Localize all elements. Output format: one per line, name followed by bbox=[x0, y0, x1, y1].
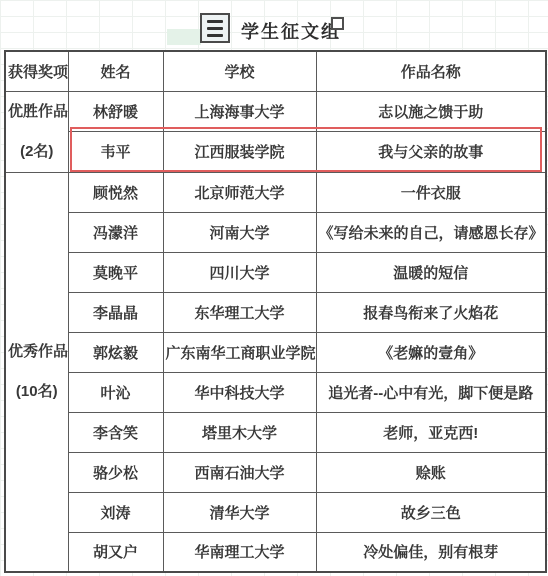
winner-name-cell: 李含笑 bbox=[68, 412, 163, 452]
work-title-cell: 追光者--心中有光，脚下便是路 bbox=[316, 372, 546, 412]
winner-name-cell: 李晶晶 bbox=[68, 292, 163, 332]
column-header: 姓名 bbox=[68, 51, 163, 91]
work-title-cell: 赊账 bbox=[316, 452, 546, 492]
column-header: 获得奖项 bbox=[5, 51, 68, 91]
winner-name-cell: 胡又户 bbox=[68, 532, 163, 572]
column-header: 作品名称 bbox=[316, 51, 546, 91]
award-name: 优胜作品 bbox=[8, 92, 66, 132]
work-title-cell: 我与父亲的故事 bbox=[316, 132, 546, 173]
award-count: (10名) bbox=[8, 372, 66, 412]
work-title-cell: 《写给未来的自己，请感恩长存》 bbox=[316, 212, 546, 252]
awards-table: 获得奖项姓名学校作品名称 优胜作品(2名)林舒暖上海海事大学志以施之馈于助韦平江… bbox=[4, 50, 547, 573]
work-title-cell: 报春鸟衔来了火焰花 bbox=[316, 292, 546, 332]
table-row: 优秀作品(10名)顾悦然北京师范大学一件衣服 bbox=[5, 172, 546, 212]
school-cell: 上海海事大学 bbox=[163, 91, 316, 132]
table-row: 骆少松西南石油大学赊账 bbox=[5, 452, 546, 492]
work-title-cell: 故乡三色 bbox=[316, 492, 546, 532]
table-row: 李晶晶东华理工大学报春鸟衔来了火焰花 bbox=[5, 292, 546, 332]
winner-name-cell: 叶沁 bbox=[68, 372, 163, 412]
work-title-cell: 一件衣服 bbox=[316, 172, 546, 212]
winner-name-cell: 莫晚平 bbox=[68, 252, 163, 292]
award-name: 优秀作品 bbox=[8, 332, 66, 372]
work-title-cell: 温暖的短信 bbox=[316, 252, 546, 292]
school-cell: 塔里木大学 bbox=[163, 412, 316, 452]
school-cell: 华中科技大学 bbox=[163, 372, 316, 412]
school-cell: 广东南华工商职业学院 bbox=[163, 332, 316, 372]
table-row: 韦平江西服装学院我与父亲的故事 bbox=[5, 132, 546, 173]
page-title: 学生征文组 bbox=[241, 18, 341, 44]
work-title-cell: 《老嫲的壹角》 bbox=[316, 332, 546, 372]
award-count: (2名) bbox=[8, 132, 66, 172]
school-cell: 江西服装学院 bbox=[163, 132, 316, 173]
work-title-cell: 志以施之馈于助 bbox=[316, 91, 546, 132]
school-cell: 西南石油大学 bbox=[163, 452, 316, 492]
work-title-cell: 冷处偏佳，别有根芽 bbox=[316, 532, 546, 572]
hamburger-list-icon[interactable] bbox=[200, 13, 230, 43]
school-cell: 东华理工大学 bbox=[163, 292, 316, 332]
work-title-cell: 老师，亚克西! bbox=[316, 412, 546, 452]
column-header: 学校 bbox=[163, 51, 316, 91]
award-group-cell: 优秀作品(10名) bbox=[5, 172, 68, 572]
school-cell: 四川大学 bbox=[163, 252, 316, 292]
table-row: 胡又户华南理工大学冷处偏佳，别有根芽 bbox=[5, 532, 546, 572]
table-row: 优胜作品(2名)林舒暖上海海事大学志以施之馈于助 bbox=[5, 91, 546, 132]
title-bar: 学生征文组 bbox=[0, 0, 548, 48]
school-cell: 华南理工大学 bbox=[163, 532, 316, 572]
table-row: 莫晚平四川大学温暖的短信 bbox=[5, 252, 546, 292]
winner-name-cell: 郭炫毅 bbox=[68, 332, 163, 372]
table-row: 郭炫毅广东南华工商职业学院《老嫲的壹角》 bbox=[5, 332, 546, 372]
table-row: 冯濛洋河南大学《写给未来的自己，请感恩长存》 bbox=[5, 212, 546, 252]
header-row: 获得奖项姓名学校作品名称 bbox=[5, 51, 546, 91]
empty-square-marker bbox=[331, 17, 344, 30]
table-header: 获得奖项姓名学校作品名称 bbox=[5, 51, 546, 91]
winner-name-cell: 韦平 bbox=[68, 132, 163, 173]
table-row: 叶沁华中科技大学追光者--心中有光，脚下便是路 bbox=[5, 372, 546, 412]
award-group-cell: 优胜作品(2名) bbox=[5, 91, 68, 172]
school-cell: 清华大学 bbox=[163, 492, 316, 532]
winner-name-cell: 顾悦然 bbox=[68, 172, 163, 212]
table-row: 李含笑塔里木大学老师，亚克西! bbox=[5, 412, 546, 452]
winner-name-cell: 冯濛洋 bbox=[68, 212, 163, 252]
winner-name-cell: 骆少松 bbox=[68, 452, 163, 492]
school-cell: 河南大学 bbox=[163, 212, 316, 252]
school-cell: 北京师范大学 bbox=[163, 172, 316, 212]
table-row: 刘涛清华大学故乡三色 bbox=[5, 492, 546, 532]
winner-name-cell: 刘涛 bbox=[68, 492, 163, 532]
winner-name-cell: 林舒暖 bbox=[68, 91, 163, 132]
